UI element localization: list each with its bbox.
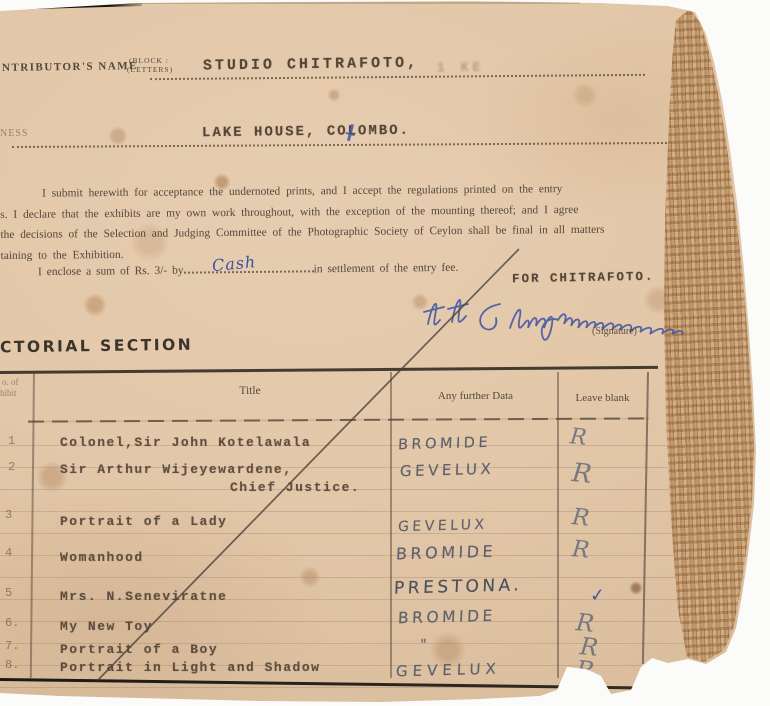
exhibit-data: BROMIDE (398, 435, 492, 453)
letters-label: (LETTERS) (127, 65, 173, 74)
exhibit-title: Mrs. N.Seneviratne (60, 589, 227, 604)
exhibit-title: Portrait of a Boy (60, 642, 218, 657)
fee-blank-field: Cash (184, 270, 314, 273)
page-top-edge (0, 2, 142, 10)
fee-post-text: in settlement of the entry fee. (314, 262, 459, 276)
table-column-line (390, 372, 392, 678)
row-number: 1 (8, 434, 15, 448)
scanned-form-page: NTRIBUTOR'S NAME (BLOCK : (LETTERS) STUD… (0, 0, 770, 706)
row-number: 5 (5, 586, 12, 600)
section-heading: CTORIAL SECTION (0, 336, 193, 357)
contributor-name-value: STUDIO CHITRAFOTO, (203, 54, 419, 74)
exhibit-title: Portrait of a Lady (60, 514, 227, 529)
leave-blank-mark: R (571, 504, 591, 532)
leave-blank-mark: R (570, 458, 593, 490)
row-number: 8. (5, 658, 19, 672)
exhibit-title: Portrait in Light and Shadow (60, 660, 320, 675)
table-column-line (557, 372, 559, 678)
row-number: 3 (5, 508, 12, 522)
table-column-line (30, 372, 35, 678)
header-no-fragment: hibit (0, 388, 17, 398)
exhibits-table: o. of hibit Title Any further Data Leave… (0, 369, 662, 687)
leave-blank-checkmark: ✓ (589, 584, 606, 606)
leave-blank-mark: R (571, 536, 591, 564)
row-number: 4 (5, 546, 12, 560)
address-label-fragment: NESS (0, 128, 28, 139)
leave-blank-mark: R (575, 655, 596, 685)
contributor-name-value-faded: 1 KE (437, 60, 484, 75)
contributor-name-label: NTRIBUTOR'S NAME (2, 60, 138, 74)
address-dotted-line (12, 141, 667, 148)
leave-blank-mark: R (569, 424, 588, 451)
table-top-border (0, 366, 658, 374)
fee-pre-text: I enclose a sum of Rs. 3/- by (38, 265, 184, 279)
exhibit-data: GEVELUX (400, 460, 495, 480)
exhibit-title: My New Toy (60, 619, 153, 634)
table-right-border (642, 372, 649, 664)
page-top-edge-faint (140, 2, 580, 4)
header-further-data: Any further Data (398, 390, 553, 402)
header-no-fragment: o. of (2, 377, 19, 387)
exhibit-data: GEVELUX (396, 660, 501, 681)
exhibit-ditto-mark: " (420, 637, 431, 653)
declaration-paragraph: I submit herewith for acceptance the und… (0, 178, 681, 266)
exhibit-title: Sir Arthur Wijeyewardene, (60, 462, 293, 477)
row-number: 6. (5, 616, 19, 630)
signature-label: (Signature) (592, 326, 637, 337)
address-value: LAKE HOUSE, COLOMBO. (202, 123, 410, 142)
row-number: 7. (5, 639, 19, 653)
block-label: (BLOCK : (129, 56, 169, 65)
exhibit-data: GEVELUX (398, 517, 488, 535)
header-leave-blank: Leave blank (560, 392, 645, 404)
exhibit-data: BROMIDE (398, 607, 497, 628)
signature-scrawl (420, 286, 710, 346)
exhibit-data: PRESTONA. (394, 575, 523, 598)
fee-method-handwriting: Cash (211, 252, 257, 275)
exhibit-title: Womanhood (60, 550, 144, 565)
header-title: Title (150, 385, 350, 397)
table-bottom-border (0, 678, 652, 690)
exhibit-title-line2: Chief Justice. (230, 480, 360, 495)
row-number: 2 (8, 460, 15, 474)
for-chitrafoto-text: FOR CHITRAFOTO. (512, 270, 655, 286)
exhibit-data: BROMIDE (396, 542, 497, 564)
exhibit-title: Colonel,Sir John Kotelawala (60, 435, 311, 450)
